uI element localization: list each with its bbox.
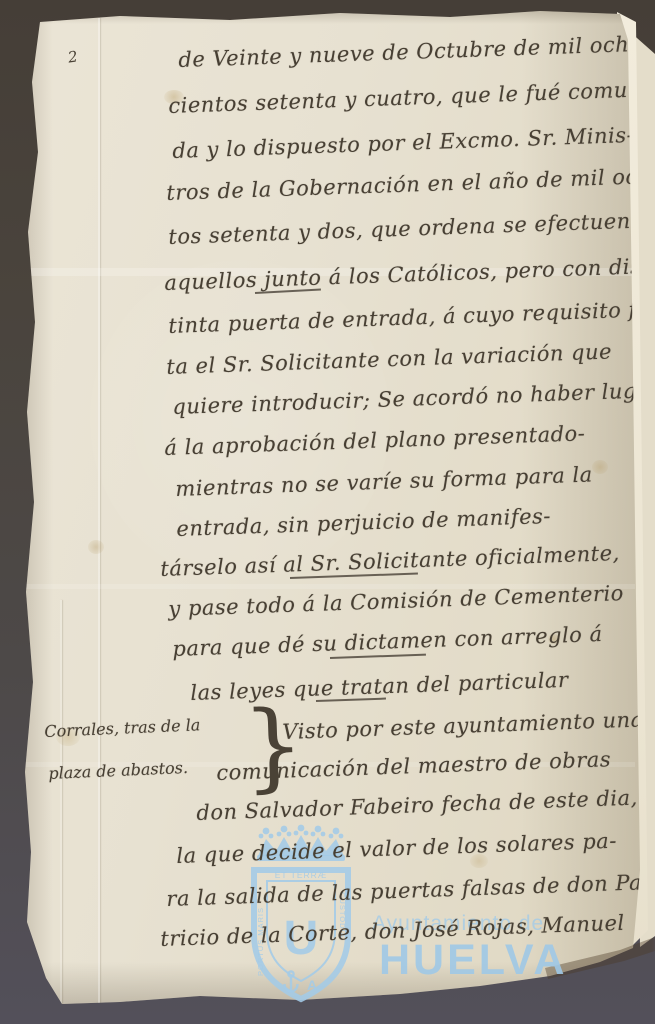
text-line: ra la salida de las puertas falsas de do…	[166, 870, 650, 911]
text-line: tricio de la Corte, don José Rojas, Manu…	[160, 911, 625, 951]
text-line: tinta puerta de entrada, á cuyo requisit…	[168, 297, 655, 338]
text-line: á la aprobación del plano presentado-	[164, 421, 586, 460]
margin-note-line: plaza de abastos.	[48, 758, 188, 783]
text-line: quiere introducir; Se acordó no haber lu…	[172, 378, 655, 419]
corner-mark: 2	[67, 47, 79, 66]
text-line: Visto por este ayuntamiento una	[282, 707, 644, 744]
text-line: cientos setenta y cuatro, que le fué com…	[168, 76, 655, 118]
scanned-document-view: ET TERRÆ PORTUS MARIS CUSTODIA U A Ayunt…	[0, 0, 655, 1024]
text-line: tos setenta y dos, que ordena se efectue…	[168, 209, 631, 249]
text-line: aquellos junto á los Católicos, pero con…	[164, 254, 649, 295]
text-line: de Veinte y nueve de Octubre de mil ocho…	[178, 32, 650, 72]
text-line: tros de la Gobernación en el año de mil …	[166, 162, 655, 205]
margin-note-line: Corrales, tras de la	[44, 715, 201, 741]
text-line: mientras no se varíe su forma para la	[175, 462, 593, 501]
text-line: y pase todo á la Comisión de Cementerio	[168, 581, 624, 621]
handwriting-layer: 2 de Veinte y nueve de Octubre de mil oc…	[0, 0, 655, 1024]
text-line: da y lo dispuesto por el Excmo. Sr. Mini…	[172, 123, 635, 163]
margin-brace: }	[241, 697, 305, 795]
text-line: la que decide el valor de los solares pa…	[176, 829, 617, 868]
text-line: ta el Sr. Solicitante con la variación q…	[166, 339, 612, 379]
text-line: entrada, sin perjuicio de manifes-	[176, 504, 551, 541]
